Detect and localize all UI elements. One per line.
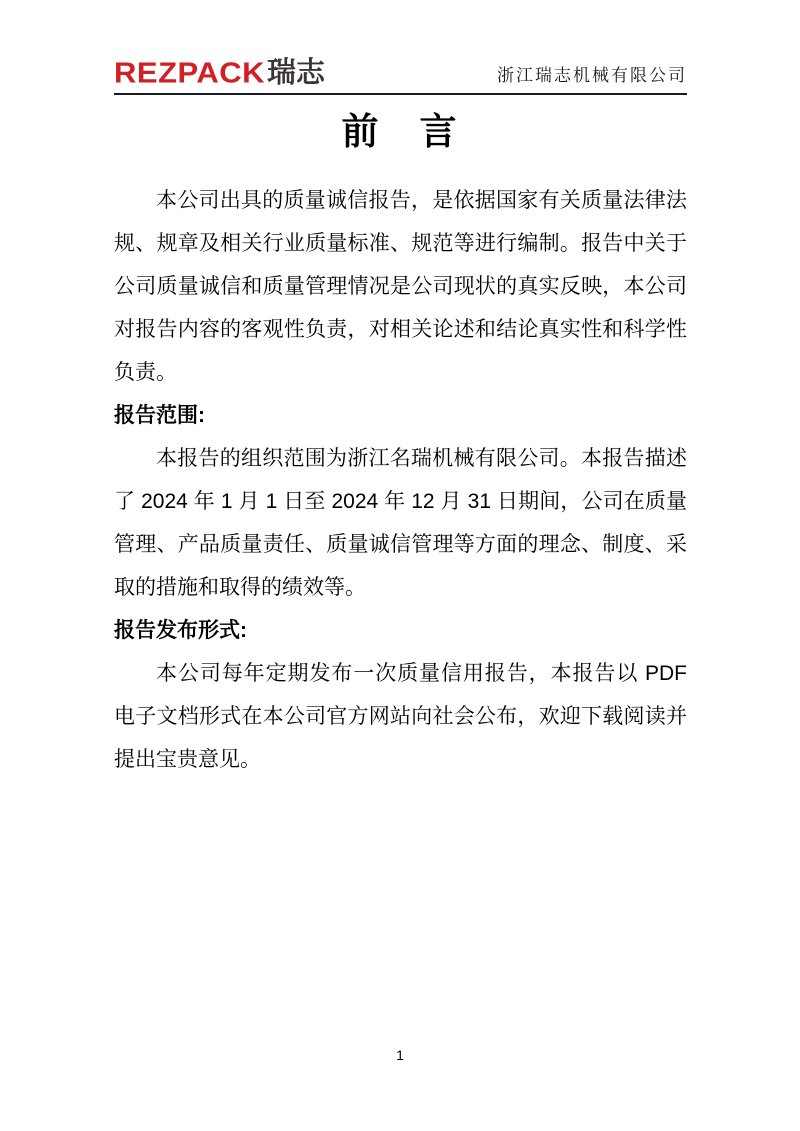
page-number: 1 bbox=[396, 1047, 404, 1063]
publish-paragraph: 本公司每年定期发布一次质量信用报告，本报告以 PDF 电子文档形式在本公司官方网… bbox=[114, 652, 687, 781]
page-footer: 1 bbox=[0, 1047, 800, 1065]
page-header: REZPACK 瑞志 浙江瑞志机械有限公司 bbox=[114, 0, 687, 95]
page-title: 前 言 bbox=[0, 107, 800, 159]
document-page: REZPACK 瑞志 浙江瑞志机械有限公司 前 言 本公司出具的质量诚信报告，是… bbox=[0, 0, 800, 1131]
scope-heading: 报告范围: bbox=[114, 394, 687, 437]
logo-chinese-characters: 瑞志 bbox=[267, 59, 325, 88]
logo-wordmark: REZPACK bbox=[114, 58, 265, 87]
document-body: 本公司出具的质量诚信报告，是依据国家有关质量法律法规、规章及相关行业质量标准、规… bbox=[114, 179, 687, 781]
publish-heading: 报告发布形式: bbox=[114, 609, 687, 652]
scope-paragraph: 本报告的组织范围为浙江名瑞机械有限公司。本报告描述了 2024 年 1 月 1 … bbox=[114, 437, 687, 609]
header-company-name: 浙江瑞志机械有限公司 bbox=[497, 61, 687, 88]
intro-paragraph: 本公司出具的质量诚信报告，是依据国家有关质量法律法规、规章及相关行业质量标准、规… bbox=[114, 179, 687, 394]
company-logo: REZPACK 瑞志 bbox=[114, 56, 325, 88]
